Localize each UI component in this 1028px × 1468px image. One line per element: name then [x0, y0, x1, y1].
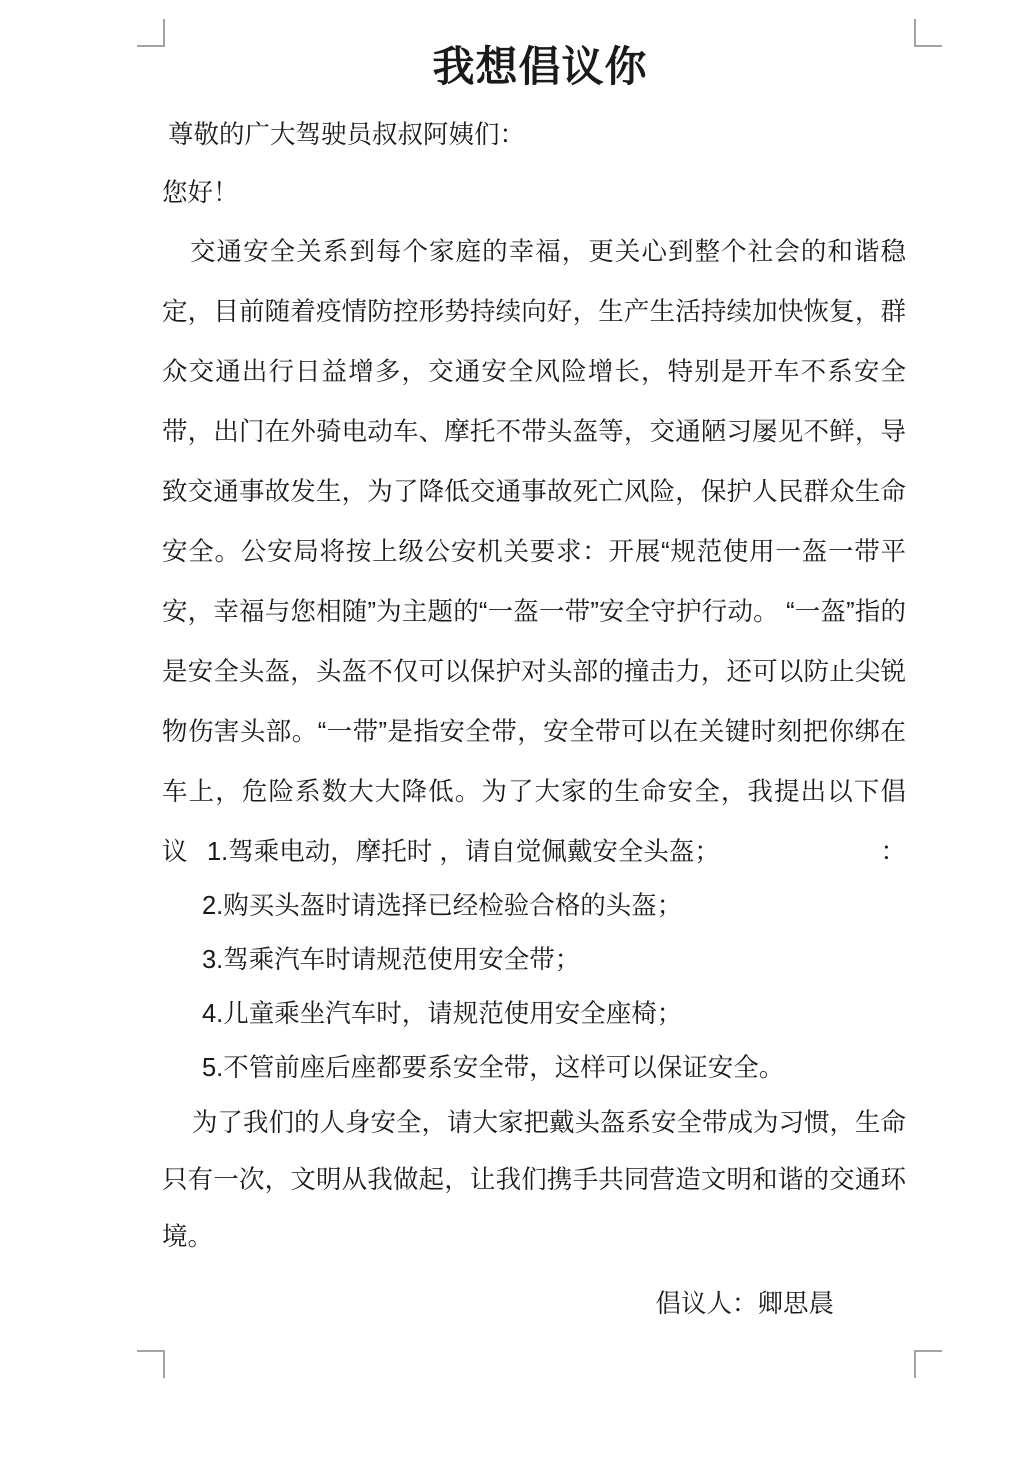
crop-mark-top-right-icon	[914, 19, 942, 47]
signature: 倡议人：卿思晨	[162, 1274, 906, 1334]
paragraph-line: 车上，危险系数大大降低。为了大家的生命安全，我提出以下倡议：	[162, 762, 906, 822]
closing-line: 为了我们的人身安全，请大家把戴头盔系安全带成为习惯，生命	[162, 1095, 906, 1152]
paragraph-line: 众交通出行日益增多，交通安全风险增长，特别是开车不系安全	[162, 342, 906, 402]
paragraph-main: 交通安全关系到每个家庭的幸福，更关心到整个社会的和谐稳 定，目前随着疫情防控形势…	[162, 222, 906, 822]
closing-line: 境。	[162, 1209, 906, 1266]
crop-mark-bottom-left-icon	[137, 1350, 165, 1378]
paragraph-line: 定，目前随着疫情防控形势持续向好，生产生活持续加快恢复，群	[162, 282, 906, 342]
document-page: 我想倡议你 尊敬的广大驾驶员叔叔阿姨们： 您好！ 交通安全关系到每个家庭的幸福，…	[0, 0, 1028, 1468]
proposal-item: 4.儿童乘坐汽车时，请规范使用安全座椅；	[162, 987, 906, 1041]
paragraph-line: 安，幸福与您相随”为主题的“一盔一带”安全守护行动。 “一盔”指的	[162, 582, 906, 642]
letter-body: 我想倡议你 尊敬的广大驾驶员叔叔阿姨们： 您好！ 交通安全关系到每个家庭的幸福，…	[162, 0, 906, 1334]
closing-line: 只有一次，文明从我做起，让我们携手共同营造文明和谐的交通环	[162, 1152, 906, 1209]
paragraph-line: 是安全头盔，头盔不仅可以保护对头部的撞击力，还可以防止尖锐	[162, 642, 906, 702]
greeting: 您好！	[162, 164, 906, 222]
proposal-item: 5.不管前座后座都要系安全带，这样可以保证安全。	[162, 1041, 906, 1095]
paragraph-line: 带，出门在外骑电动车、摩托不带头盔等，交通陋习屡见不鲜，导	[162, 402, 906, 462]
page-title: 我想倡议你	[162, 38, 906, 96]
proposal-item: 2.购买头盔时请选择已经检验合格的头盔；	[162, 879, 906, 933]
paragraph-line: 物伤害头部。“一带”是指安全带，安全带可以在关键时刻把你绑在	[162, 702, 906, 762]
proposal-item: 3.驾乘汽车时请规范使用安全带；	[162, 933, 906, 987]
paragraph-closing: 为了我们的人身安全，请大家把戴头盔系安全带成为习惯，生命 只有一次，文明从我做起…	[162, 1095, 906, 1266]
crop-mark-bottom-right-icon	[914, 1350, 942, 1378]
paragraph-line: 致交通事故发生，为了降低交通事故死亡风险，保护人民群众生命	[162, 462, 906, 522]
crop-mark-top-left-icon	[137, 19, 165, 47]
paragraph-line: 安全。公安局将按上级公安机关要求：开展“规范使用一盔一带平	[162, 522, 906, 582]
paragraph-line: 交通安全关系到每个家庭的幸福，更关心到整个社会的和谐稳	[162, 222, 906, 282]
salutation: 尊敬的广大驾驶员叔叔阿姨们：	[162, 106, 906, 164]
